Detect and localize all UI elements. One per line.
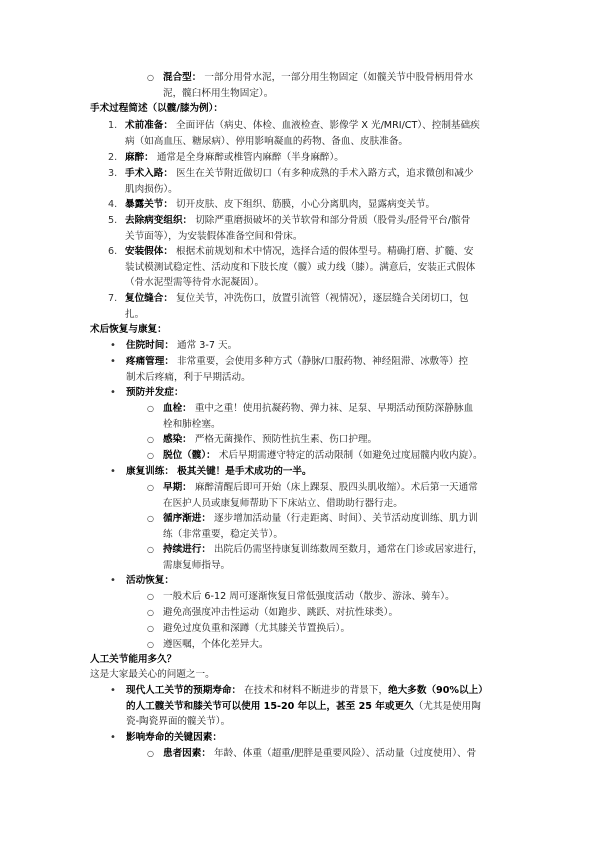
item-label: 循序渐进： [163, 513, 211, 524]
item-text: 出院后仍需坚持康复训练数周至数月，通常在门诊或居家进行， [211, 544, 483, 555]
list-item-line: 泥，髋臼杯用生物固定）。 [163, 86, 273, 101]
item-label: 现代人工关节的预期寿命： [126, 685, 241, 696]
circle-bullet-icon: ○ [147, 401, 154, 416]
circle-bullet-icon: ○ [147, 448, 154, 463]
item-label: 早期： [163, 482, 192, 493]
list-item-line: 安装假体： 根据术前规划和术中情况，选择合适的假体型号。精确打磨、扩髓、安 [125, 244, 473, 259]
list-number: 4. [108, 197, 117, 212]
list-item-line: 复位缝合： 复位关节，冲洗伤口，放置引流管（视情况），逐层缝合关闭切口，包 [125, 291, 469, 306]
item-text: 切开皮肤、皮下组织、筋膜，小心分离肌肉，显露病变关节。 [173, 199, 435, 210]
bullet-icon: • [110, 338, 116, 353]
item-text: 扎。 [125, 309, 144, 320]
item-label: 麻醉： [125, 152, 154, 163]
circle-bullet-icon: ○ [147, 637, 154, 652]
item-text: 通常 3-7 天。 [174, 340, 237, 351]
list-item-line: （骨水泥型需等待骨水泥凝固）。 [125, 275, 264, 290]
list-item-line: 持续进行： 出院后仍需坚持康复训练数周至数月，通常在门诊或居家进行， [163, 542, 483, 557]
item-label: 康复训练： [126, 466, 174, 477]
item-text: 严格无菌操作、预防性抗生素、伤口护理。 [192, 434, 377, 445]
item-text: 根据术前规划和术中情况，选择合适的假体型号。精确打磨、扩髓、安 [173, 246, 473, 257]
list-item-line: 影响寿命的关键因素： [126, 730, 222, 745]
list-number: 2. [108, 150, 117, 165]
item-text: 切除严重磨损破坏的关节软骨和部分骨质（股骨头/胫骨平台/髌骨 [192, 215, 470, 226]
list-item-line: 麻醉： 通常是全身麻醉或椎管内麻醉（半身麻醉）。 [125, 150, 344, 165]
bullet-icon: • [110, 573, 116, 588]
list-item-line: 遵医嘱，个体化差异大。 [163, 637, 269, 652]
list-item-line: 的人工髋关节和膝关节可以使用 15-20 年以上，甚至 25 年或更久（尤其是使… [126, 699, 481, 714]
list-item-line: 脱位（髋）： 术后早期需遵守特定的活动限制（如避免过度屈髋内收内旋）。 [163, 448, 483, 463]
bullet-icon: • [110, 464, 116, 479]
item-text: （骨水泥型需等待骨水泥凝固）。 [125, 277, 264, 288]
circle-bullet-icon: ○ [147, 746, 154, 761]
item-label: 术前准备： [125, 120, 173, 131]
list-item-line: 练（非常重要，稳定关节）。 [163, 527, 283, 542]
circle-bullet-icon: ○ [147, 621, 154, 636]
list-item-line: 现代人工关节的预期寿命： 在技术和材料不断进步的背景下，绝大多数（90%以上） [126, 683, 488, 698]
list-number: 6. [108, 244, 117, 259]
item-text: 麻醉清醒后即可开始（床上踝泵、股四头肌收缩）。术后第一天通常 [192, 482, 478, 493]
emphasis-text: 的人工髋关节和膝关节可以使用 15-20 年以上，甚至 25 年或更久 [126, 701, 414, 712]
list-item-line: 去除病变组织： 切除严重磨损破坏的关节软骨和部分骨质（股骨头/胫骨平台/髌骨 [125, 213, 470, 228]
section-heading: 人工关节能用多久？ [90, 652, 176, 667]
item-text: 在技术和材料不断进步的背景下， [241, 685, 388, 696]
item-text: 瓷-陶瓷界面的髋关节）。 [126, 716, 230, 727]
item-text: 年龄、体重（超重/肥胖是重要风险）、活动量（过度使用）、骨 [211, 748, 476, 759]
item-text: 一般术后 6-12 周可逐渐恢复日常低强度活动（散步、游泳、骑车）。 [163, 591, 455, 602]
circle-bullet-icon: ○ [147, 511, 154, 526]
list-item-line: 预防并发症： [126, 385, 184, 400]
list-item-line: 住院时间： 通常 3-7 天。 [126, 338, 237, 353]
circle-bullet-icon: ○ [147, 589, 154, 604]
item-text: 肌肉损伤）。 [125, 184, 178, 195]
item-text: 避免过度负重和深蹲（尤其膝关节置换后）。 [163, 623, 350, 634]
list-number: 1. [108, 118, 117, 133]
item-text: 关节面等），为安装假体准备空间和骨床。 [125, 231, 302, 242]
item-label: 混合型： [163, 72, 201, 83]
item-label: 脱位（髋）： [163, 450, 216, 461]
item-text: 遵医嘱，个体化差异大。 [163, 639, 269, 650]
item-text: 非常重要，会使用多种方式（静脉/口服药物、神经阻滞、冰敷等）控 [174, 356, 468, 367]
list-item-line: 避免过度负重和深蹲（尤其膝关节置换后）。 [163, 621, 350, 636]
circle-bullet-icon: ○ [147, 480, 154, 495]
list-item-line: 患者因素： 年龄、体重（超重/肥胖是重要风险）、活动量（过度使用）、骨 [163, 746, 476, 761]
list-item-line: 感染： 严格无菌操作、预防性抗生素、伤口护理。 [163, 432, 377, 447]
list-number: 3. [108, 166, 117, 181]
item-text: 练（非常重要，稳定关节）。 [163, 529, 283, 540]
bullet-icon: • [110, 683, 116, 698]
item-text: 复位关节，冲洗伤口，放置引流管（视情况），逐层缝合关闭切口，包 [173, 293, 469, 304]
section-heading: 手术过程简述（以髋/膝为例）： [90, 101, 223, 116]
item-text: 极其关键！是手术成功的一半。 [174, 466, 312, 477]
item-label: 患者因素： [163, 748, 211, 759]
list-item-line: 术前准备： 全面评估（病史、体检、血液检查、影像学 X 光/MRI/CT）、控制… [125, 118, 480, 133]
item-text: 需康复师指导。 [163, 560, 230, 571]
item-text: 制术后疼痛，利于早期活动。 [126, 372, 251, 383]
list-item-line: 康复训练： 极其关键！是手术成功的一半。 [126, 464, 312, 479]
item-label: 疼痛管理： [126, 356, 174, 367]
item-text: 栓和肺栓塞。 [163, 419, 221, 430]
circle-bullet-icon: ○ [147, 432, 154, 447]
list-number: 7. [108, 291, 117, 306]
item-text: 通常是全身麻醉或椎管内麻醉（半身麻醉）。 [154, 152, 344, 163]
item-text: 术后早期需遵守特定的活动限制（如避免过度屈髋内收内旋）。 [216, 450, 483, 461]
item-text: （尤其是使用陶 [414, 701, 481, 712]
item-label: 复位缝合： [125, 293, 173, 304]
list-item-line: 活动恢复： [126, 573, 174, 588]
list-item-line: 疼痛管理： 非常重要，会使用多种方式（静脉/口服药物、神经阻滞、冰敷等）控 [126, 354, 468, 369]
paragraph: 这是大家最关心的问题之一。 [90, 667, 215, 682]
list-item-line: 扎。 [125, 307, 144, 322]
item-label: 血栓： [163, 403, 192, 414]
document-page: ○混合型： 一部分用骨水泥，一部分用生物固定（如髋关节中股骨柄用骨水泥，髋臼杯用… [0, 0, 595, 841]
item-text: 病（如高血压、糖尿病）、停用影响凝血的药物、备血、皮肤准备。 [125, 136, 408, 147]
item-label: 手术入路： [125, 168, 173, 179]
circle-bullet-icon: ○ [147, 542, 154, 557]
list-item-line: 制术后疼痛，利于早期活动。 [126, 370, 251, 385]
bullet-icon: • [110, 354, 116, 369]
list-item-line: 装试模测试稳定性、活动度和下肢长度（髋）或力线（膝）。满意后，安装正式假体 [125, 260, 475, 275]
item-text: 一部分用骨水泥，一部分用生物固定（如髋关节中股骨柄用骨水 [201, 72, 473, 83]
item-label: 暴露关节： [125, 199, 173, 210]
item-label: 安装假体： [125, 246, 173, 257]
bullet-icon: • [110, 730, 116, 745]
list-item-line: 病（如高血压、糖尿病）、停用影响凝血的药物、备血、皮肤准备。 [125, 134, 408, 149]
item-text: 逐步增加活动量（行走距离、时间）、关节活动度训练、肌力训 [211, 513, 478, 524]
list-item-line: 一般术后 6-12 周可逐渐恢复日常低强度活动（散步、游泳、骑车）。 [163, 589, 455, 604]
section-heading: 术后恢复与康复： [90, 322, 167, 337]
bullet-icon: • [110, 385, 116, 400]
item-label: 去除病变组织： [125, 215, 192, 226]
list-item-line: 肌肉损伤）。 [125, 182, 178, 197]
list-item-line: 早期： 麻醉清醒后即可开始（床上踝泵、股四头肌收缩）。术后第一天通常 [163, 480, 478, 495]
circle-bullet-icon: ○ [147, 605, 154, 620]
item-text: 装试模测试稳定性、活动度和下肢长度（髋）或力线（膝）。满意后，安装正式假体 [125, 262, 475, 273]
emphasis-text: 绝大多数（90%以上） [388, 685, 488, 696]
item-text: 避免高强度冲击性运动（如跑步、跳跃、对抗性球类）。 [163, 607, 398, 618]
item-label: 持续进行： [163, 544, 211, 555]
list-number: 5. [108, 213, 117, 228]
circle-bullet-icon: ○ [147, 70, 154, 85]
list-item-line: 关节面等），为安装假体准备空间和骨床。 [125, 229, 302, 244]
item-text: 全面评估（病史、体检、血液检查、影像学 X 光/MRI/CT）、控制基础疾 [173, 120, 480, 131]
list-item-line: 手术入路： 医生在关节附近做切口（有多种成熟的手术入路方式，追求微创和减少 [125, 166, 473, 181]
item-text: 在医护人员或康复师帮助下下床站立、借助助行器行走。 [163, 498, 403, 509]
item-label: 活动恢复： [126, 575, 174, 586]
list-item-line: 栓和肺栓塞。 [163, 417, 221, 432]
item-label: 感染： [163, 434, 192, 445]
item-label: 影响寿命的关键因素： [126, 732, 222, 743]
item-label: 预防并发症： [126, 387, 184, 398]
list-item-line: 需康复师指导。 [163, 558, 230, 573]
list-item-line: 混合型： 一部分用骨水泥，一部分用生物固定（如髋关节中股骨柄用骨水 [163, 70, 473, 85]
list-item-line: 避免高强度冲击性运动（如跑步、跳跃、对抗性球类）。 [163, 605, 398, 620]
item-label: 住院时间： [126, 340, 174, 351]
list-item-line: 瓷-陶瓷界面的髋关节）。 [126, 714, 230, 729]
list-item-line: 暴露关节： 切开皮肤、皮下组织、筋膜，小心分离肌肉，显露病变关节。 [125, 197, 435, 212]
item-text: 医生在关节附近做切口（有多种成熟的手术入路方式，追求微创和减少 [173, 168, 473, 179]
list-item-line: 循序渐进： 逐步增加活动量（行走距离、时间）、关节活动度训练、肌力训 [163, 511, 478, 526]
list-item-line: 在医护人员或康复师帮助下下床站立、借助助行器行走。 [163, 496, 403, 511]
item-text: 泥，髋臼杯用生物固定）。 [163, 88, 273, 99]
item-text: 重中之重！使用抗凝药物、弹力袜、足泵、早期活动预防深静脉血 [192, 403, 473, 414]
list-item-line: 血栓： 重中之重！使用抗凝药物、弹力袜、足泵、早期活动预防深静脉血 [163, 401, 473, 416]
